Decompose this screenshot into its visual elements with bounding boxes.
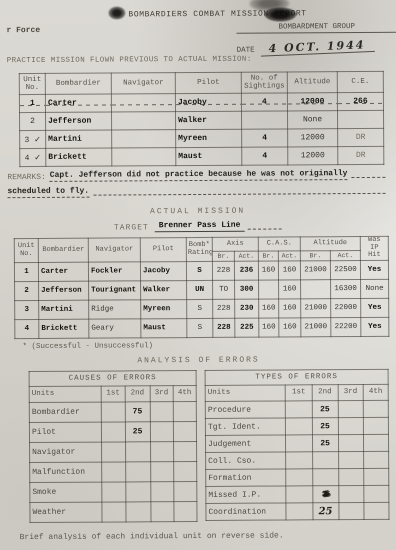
cell-alt-act: 22500 [330, 261, 360, 280]
cell-bombardier: Brickett [39, 319, 89, 338]
target-value: Brenner Pass Line [155, 221, 245, 233]
remarks-section: REMARKS: Capt. Jefferson did not practic… [7, 169, 387, 198]
type-label: Coordination [206, 503, 287, 520]
practice-mission-heading: PRACTICE MISSION FLOWN PREVIOUS TO ACTUA… [7, 56, 252, 65]
cell-cas-br: 160 [259, 318, 279, 337]
types-header-row: Units 1st 2nd 3rd 4th [205, 384, 388, 401]
col-navigator: Navigator [88, 238, 140, 262]
cell-unit: 2 [20, 112, 46, 130]
cause-label: Navigator [30, 442, 103, 462]
dashed-rule [247, 228, 281, 229]
cell-sightings: 4 [242, 147, 288, 165]
cell-axis-act: 225 [235, 318, 259, 337]
col-cas-actual: Act. [278, 251, 300, 261]
col-altitude: Altitude [300, 237, 360, 251]
cell-unit: 2 [15, 282, 39, 301]
cell-ip-hit: None [361, 279, 389, 298]
types-row-missed-ip: Missed I.P. 25 [206, 485, 389, 503]
report-content: BOMBARDIERS COMBAT MISSION REPORT r Forc… [0, 0, 396, 550]
group-label: BOMBARDMENT GROUP [278, 23, 355, 31]
type-label: Formation [206, 469, 287, 486]
date-label: DATE [237, 47, 255, 55]
practice-row-3: 3 ✓ Martini Myreen 4 12000 DR [20, 128, 384, 148]
cell-pilot: Myreen [176, 129, 242, 147]
cell-navigator [112, 130, 176, 148]
remarks-line-2: scheduled to fly. [7, 185, 387, 198]
cell-pilot: Walker [141, 281, 187, 300]
cell-ce: 266 [337, 92, 383, 110]
cell-cas-br: 160 [258, 261, 278, 280]
cell-cas-act: 160 [279, 280, 301, 299]
cell-unit: 4 ✓ [20, 148, 46, 166]
cell-navigator: Fockler [88, 262, 140, 281]
cause-label: Bombardier [29, 402, 102, 422]
causes-row-weather: Weather [30, 502, 197, 523]
analysis-heading: ANALYSIS OF ERRORS [0, 355, 396, 366]
col-axis-actual: Act. [234, 251, 258, 261]
cell-navigator [112, 148, 176, 166]
types-row-procedure: Procedure 25 [205, 400, 388, 418]
col-cas-briefed: Br. [258, 251, 278, 261]
type-label: Tgt. Ident. [205, 418, 286, 435]
cause-label: Malfunction [30, 462, 103, 482]
cell-navigator: Tourignant [89, 281, 141, 300]
causes-row-bombardier: Bombardier 75 [29, 402, 196, 423]
col-1st: 1st [286, 385, 312, 401]
date-line: DATE 4 OCT. 1944 [237, 40, 375, 55]
practice-row-4: 4 ✓ Brickett Maust 4 12000 DR [20, 146, 384, 166]
cell-ip-hit: Yes [361, 317, 389, 336]
cell-cas-act: 160 [279, 318, 301, 337]
cell-alt-br: 21000 [301, 318, 331, 337]
analysis-tables: CAUSES OF ERRORS Units 1st 2nd 3rd 4th B… [29, 369, 392, 523]
mission-row-1: 1 Carter Fockler Jacoby S 228 236 160 16… [14, 260, 388, 281]
reverse-side-note: Brief analysis of each individual unit o… [20, 531, 396, 542]
type-label: Coll. Cso. [206, 452, 287, 469]
practice-row-2: 2 Jefferson Walker None [20, 110, 384, 130]
col-unit-no: Unit No. [19, 73, 45, 94]
cell-bombardier: Brickett [46, 148, 112, 166]
col-altitude: Altitude [287, 72, 337, 93]
cell-cas-br: 160 [259, 299, 279, 318]
types-title: TYPES OF ERRORS [205, 369, 388, 385]
cell-unit: 1 [14, 263, 38, 282]
causes-row-malfunction: Malfunction [30, 462, 197, 483]
mission-row-2: 2 Jefferson Tourignant Walker UN TO 300 … [15, 279, 389, 300]
remarks-text-2: scheduled to fly. [7, 187, 89, 198]
cell-ip-hit: Yes [360, 260, 388, 279]
types-of-errors-table: TYPES OF ERRORS Units 1st 2nd 3rd 4th Pr… [205, 369, 390, 521]
cell-unit: 3 [15, 301, 39, 320]
types-row-judgement: Judgement 25 [205, 434, 388, 452]
cell-rating: S [187, 299, 213, 318]
practice-header-row: Unit No. Bombardier Navigator Pilot No. … [19, 71, 383, 94]
types-row-tgt-ident: Tgt. Ident. 25 [205, 417, 388, 435]
col-cas: C.A.S. [258, 237, 300, 251]
cell-ip-hit: Yes [361, 298, 389, 317]
cell-navigator [111, 94, 175, 112]
col-4th: 4th [173, 386, 196, 402]
eagle-stamp-mark [108, 6, 125, 19]
causes-header-row: Units 1st 2nd 3rd 4th [29, 386, 196, 403]
cell-alt-br: 21000 [301, 299, 331, 318]
col-1st: 1st [102, 386, 125, 402]
cell-unit: 1 [19, 94, 45, 112]
cell-rating: S [187, 318, 213, 337]
cell-axis-br: 228 [213, 318, 235, 337]
cell-pilot: Myreen [141, 300, 187, 319]
cell-axis-br: 228 [212, 261, 234, 280]
col-navigator: Navigator [111, 73, 175, 94]
cell-alt-act: 22200 [331, 318, 361, 337]
cell-alt-act: 16300 [331, 280, 361, 299]
col-sightings: No. of Sightings [241, 72, 287, 93]
cell-alt-br: 21000 [300, 261, 330, 280]
col-2nd: 2nd [125, 386, 150, 402]
types-row-coordination: Coordination 25 [206, 502, 389, 520]
col-bombardier: Bombardier [45, 73, 111, 94]
mission-row-3: 3 Martini Ridge Myreen S 228 230 160 160… [15, 298, 389, 319]
causes-title-row: CAUSES OF ERRORS [29, 371, 196, 387]
cause-label: Smoke [30, 482, 103, 502]
cell-bombardier: Jefferson [46, 112, 112, 130]
checkmark: ✓ [34, 152, 41, 161]
cell-ce: DR [338, 146, 384, 164]
report-header: BOMBARDIERS COMBAT MISSION REPORT r Forc… [0, 0, 395, 69]
cell-ce [337, 110, 383, 128]
cell-altitude: 12000 [288, 129, 338, 147]
cell-bombardier: Carter [38, 262, 88, 281]
cell-axis-br: 228 [213, 299, 235, 318]
checkmark: ✓ [34, 134, 41, 143]
remarks-label: REMARKS: [7, 173, 45, 182]
cell-bombardier: Martini [46, 130, 112, 148]
cell-cas-br [259, 280, 279, 299]
col-units: Units [29, 386, 102, 402]
col-unit-no: Unit No. [14, 238, 38, 262]
practice-mission-table: Unit No. Bombardier Navigator Pilot No. … [19, 71, 385, 167]
types-title-row: TYPES OF ERRORS [205, 369, 388, 385]
col-2nd: 2nd [312, 385, 338, 401]
crossed-out-value: 25 [322, 489, 329, 499]
type-label: Missed I.P. [206, 486, 287, 503]
cell-cas-act: 160 [279, 299, 301, 318]
remarks-text-1: Capt. Jefferson did not practice because… [50, 169, 348, 182]
types-row-coll-cso: Coll. Cso. [206, 451, 389, 469]
col-axis-briefed: Br. [212, 251, 234, 261]
practice-row-1: 1 Carter Jacoby 4 12000 266 [19, 92, 383, 112]
cell-altitude: 12000 [288, 147, 338, 165]
col-bomb-rating: Bomb* Rating [186, 237, 212, 261]
scanned-mission-report: BOMBARDIERS COMBAT MISSION REPORT r Forc… [0, 0, 396, 550]
col-ce: C.E. [337, 71, 383, 92]
cell-alt-act: 22000 [331, 299, 361, 318]
mission-row-4: 4 Brickett Geary Maust S 228 225 160 160… [15, 317, 389, 338]
cell-rating: S [186, 261, 212, 280]
cell-unit: 3 ✓ [20, 130, 46, 148]
cause-label: Weather [30, 502, 103, 522]
cell-axis-act: 236 [234, 261, 258, 280]
causes-of-errors-table: CAUSES OF ERRORS Units 1st 2nd 3rd 4th B… [29, 370, 198, 523]
causes-title: CAUSES OF ERRORS [29, 371, 196, 387]
col-alt-briefed: Br. [300, 251, 330, 261]
cell-pilot: Jacoby [175, 93, 241, 111]
col-pilot: Pilot [175, 72, 241, 93]
cell-altitude: 12000 [287, 93, 337, 111]
remarks-line-1: REMARKS: Capt. Jefferson did not practic… [7, 169, 387, 182]
bombardment-group-line: BOMBARDMENT GROUP [236, 23, 396, 34]
type-label: Judgement [205, 435, 286, 452]
cell-pilot: Jacoby [140, 262, 186, 281]
causes-row-navigator: Navigator [30, 442, 197, 463]
cell-bombardier: Carter [45, 94, 111, 112]
cell-pilot: Maust [176, 147, 242, 165]
dashed-rule [351, 177, 385, 178]
cell-ce: DR [338, 128, 384, 146]
col-axis: Axis [212, 237, 258, 251]
col-was-ip-hit: Was IP Hit [360, 236, 388, 260]
dashed-rule [93, 193, 385, 196]
cell-sightings: 4 [241, 93, 287, 111]
cell-axis-act: 300 [235, 280, 259, 299]
cell-bombardier: Jefferson [39, 281, 89, 300]
causes-row-pilot: Pilot 25 [29, 422, 196, 443]
handwritten-value: 25 [319, 506, 333, 517]
cell-axis-act: 230 [235, 299, 259, 318]
date-handwritten-value: 4 OCT. 1944 [260, 38, 374, 57]
cell-unit: 4 [15, 320, 39, 339]
target-line: TARGET Brenner Pass Line [0, 220, 396, 233]
col-4th: 4th [363, 384, 388, 400]
col-alt-actual: Act. [330, 251, 360, 261]
cell-navigator: Ridge [89, 300, 141, 319]
cell-pilot: Maust [141, 319, 187, 338]
cell-pilot: Walker [176, 111, 242, 129]
col-bombardier: Bombardier [38, 238, 88, 262]
type-label: Procedure [205, 401, 286, 418]
cell-navigator: Geary [89, 319, 141, 338]
cell-sightings: 4 [242, 129, 288, 147]
types-row-formation: Formation [206, 468, 389, 486]
col-3rd: 3rd [338, 385, 363, 401]
cell-axis-br: TO [213, 280, 235, 299]
cell-cas-act: 160 [278, 261, 300, 280]
col-3rd: 3rd [150, 386, 173, 402]
cell-rating: UN [187, 280, 213, 299]
cell-bombardier: Martini [39, 300, 89, 319]
col-units: Units [205, 385, 286, 401]
causes-row-smoke: Smoke [30, 482, 197, 503]
cause-label: Pilot [29, 422, 102, 442]
target-label: TARGET [114, 223, 149, 232]
document-title: BOMBARDIERS COMBAT MISSION REPORT [128, 9, 306, 19]
cell-altitude: None [287, 111, 337, 129]
cell-sightings [242, 111, 288, 129]
cell-navigator [112, 112, 176, 130]
actual-mission-table: Unit No. Bombardier Navigator Pilot Bomb… [14, 236, 390, 339]
cell-alt-br [301, 280, 331, 299]
rating-footnote: * (Successful - Unsuccessful) [22, 341, 396, 351]
col-pilot: Pilot [140, 238, 186, 262]
actual-mission-heading: ACTUAL MISSION [0, 206, 396, 217]
air-force-label: r Force [6, 26, 40, 35]
